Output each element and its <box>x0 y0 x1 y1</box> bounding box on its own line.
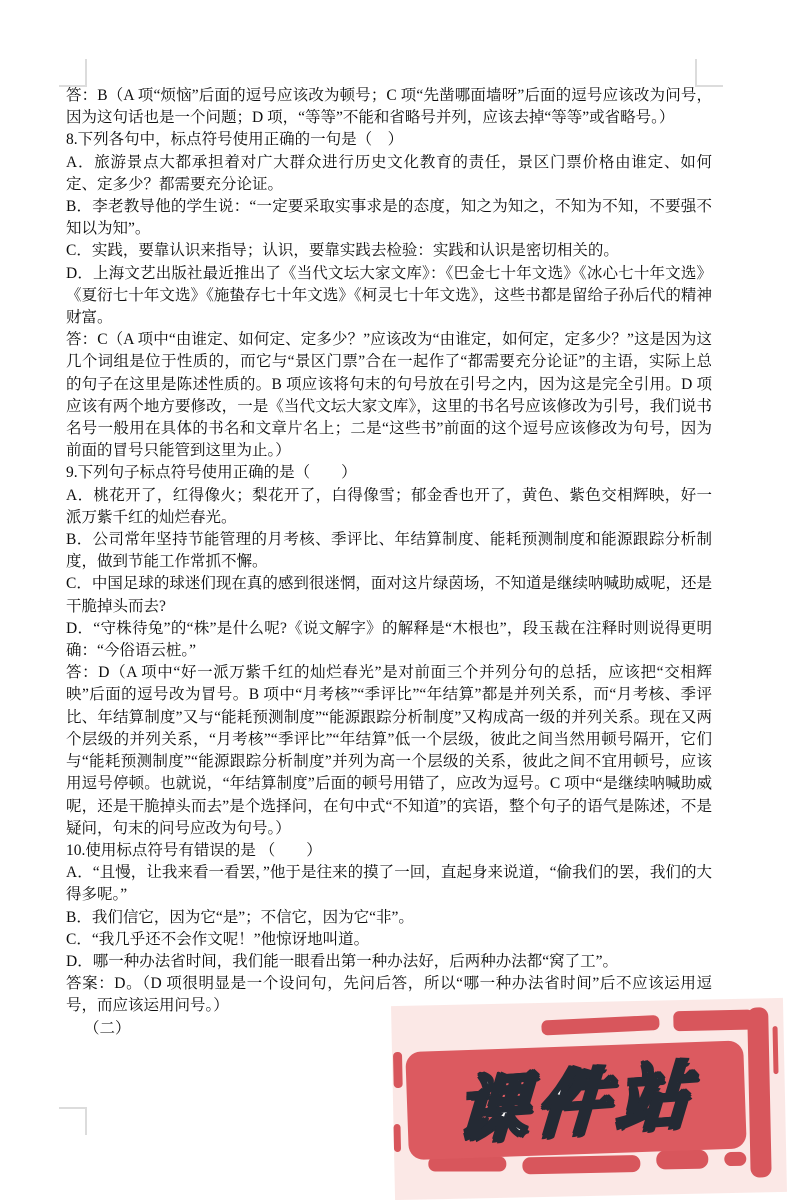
text-boundary-mark-top-right <box>695 59 723 87</box>
stamp-text: 课件站 <box>453 1037 699 1158</box>
stamp-border-right-thin-mark <box>773 1026 779 1074</box>
question-9-option-b: B．公司常年坚持节能管理的月考核、季评比、年结算制度、能耗预测制度和能源跟踪分析… <box>66 529 712 573</box>
question-8-option-d: D．上海文艺出版社最近推出了《当代文坛大家文库》：《巴金七十年文选》《冰心七十年… <box>66 263 712 330</box>
question-10-option-d: D．哪一种办法省时间，我们能一眼看出第一种办法好，后两种办法都“窝了工”。 <box>66 951 712 973</box>
stamp-border-left-dash-2 <box>393 1124 401 1152</box>
question-9-option-c: C．中国足球的球迷们现在真的感到很迷惘，面对这片绿茵场，不知道是继续呐喊助威呢，… <box>66 573 712 617</box>
question-9-stem: 9.下列句子标点符号使用正确的是（ ） <box>66 462 712 484</box>
kejianzhan-stamp-watermark: 课件站 <box>391 998 787 1200</box>
stamp-border-bottom-dash-2 <box>522 1155 640 1174</box>
question-10-option-a: A．“且慢，让我来看一看罢，”他于是往来的摸了一回，直起身来说道，“偷我们的罢，… <box>66 862 712 906</box>
stamp-border-left-dash-1 <box>393 1052 403 1088</box>
stamp-border-right-bar <box>747 1007 772 1177</box>
document-body-text: 答：B（A 项“烦恼”后面的逗号应该改为顿号；C 项“先凿哪面墙呀”后面的逗号应… <box>66 85 712 1040</box>
question-8-stem: 8.下列各句中，标点符号使用正确的一句是（ ） <box>66 129 712 151</box>
stamp-border-top-dash-2 <box>673 1010 753 1032</box>
document-page: 答：B（A 项“烦恼”后面的逗号应该改为顿号；C 项“先凿哪面墙呀”后面的逗号应… <box>0 0 800 1200</box>
question-8-option-a: A．旅游景点大都承担着对广大群众进行历史文化教育的责任，景区门票价格由谁定、如何… <box>66 152 712 196</box>
answer-explanation-q9: 答：D（A 项中“好一派万紫千红的灿烂春光”是对前面三个并列分句的总括，应该把“… <box>66 662 712 840</box>
stamp-border-bottom-dash-3 <box>656 1150 708 1170</box>
stamp-border-top-dash-1 <box>541 1015 660 1036</box>
question-10-stem: 10.使用标点符号有错误的是 （ ） <box>66 840 712 862</box>
question-9-option-a: A．桃花开了，红得像火；梨花开了，白得像雪；郁金香也开了，黄色、紫色交相辉映，好… <box>66 485 712 529</box>
question-8-option-b: B．李老教导他的学生说：“一定要采取实事求是的态度，知之为知之，不知为不知，不要… <box>66 196 712 240</box>
text-boundary-mark-top-left <box>59 59 87 87</box>
question-8-option-c: C．实践，要靠认识来指导；认识，要靠实践去检验：实践和认识是密切相关的。 <box>66 240 712 262</box>
question-9-option-d: D．“守株待兔”的“株”是什么呢?《说文解字》的解释是“木根也”，段玉裁在注释时… <box>66 618 712 662</box>
answer-explanation-q7: 答：B（A 项“烦恼”后面的逗号应该改为顿号；C 项“先凿哪面墙呀”后面的逗号应… <box>66 85 712 129</box>
stamp-border-bottom-dot <box>724 1152 746 1166</box>
answer-explanation-q8: 答：C（A 项中“由谁定、如何定、定多少？”应该改为“由谁定，如何定，定多少？”… <box>66 329 712 462</box>
stamp-red-block: 课件站 <box>405 1040 747 1160</box>
question-10-option-b: B．我们信它，因为它“是”；不信它，因为它“非”。 <box>66 907 712 929</box>
text-boundary-mark-bottom-left <box>59 1107 87 1135</box>
question-10-option-c: C．“我几乎还不会作文呢！”他惊讶地叫道。 <box>66 929 712 951</box>
